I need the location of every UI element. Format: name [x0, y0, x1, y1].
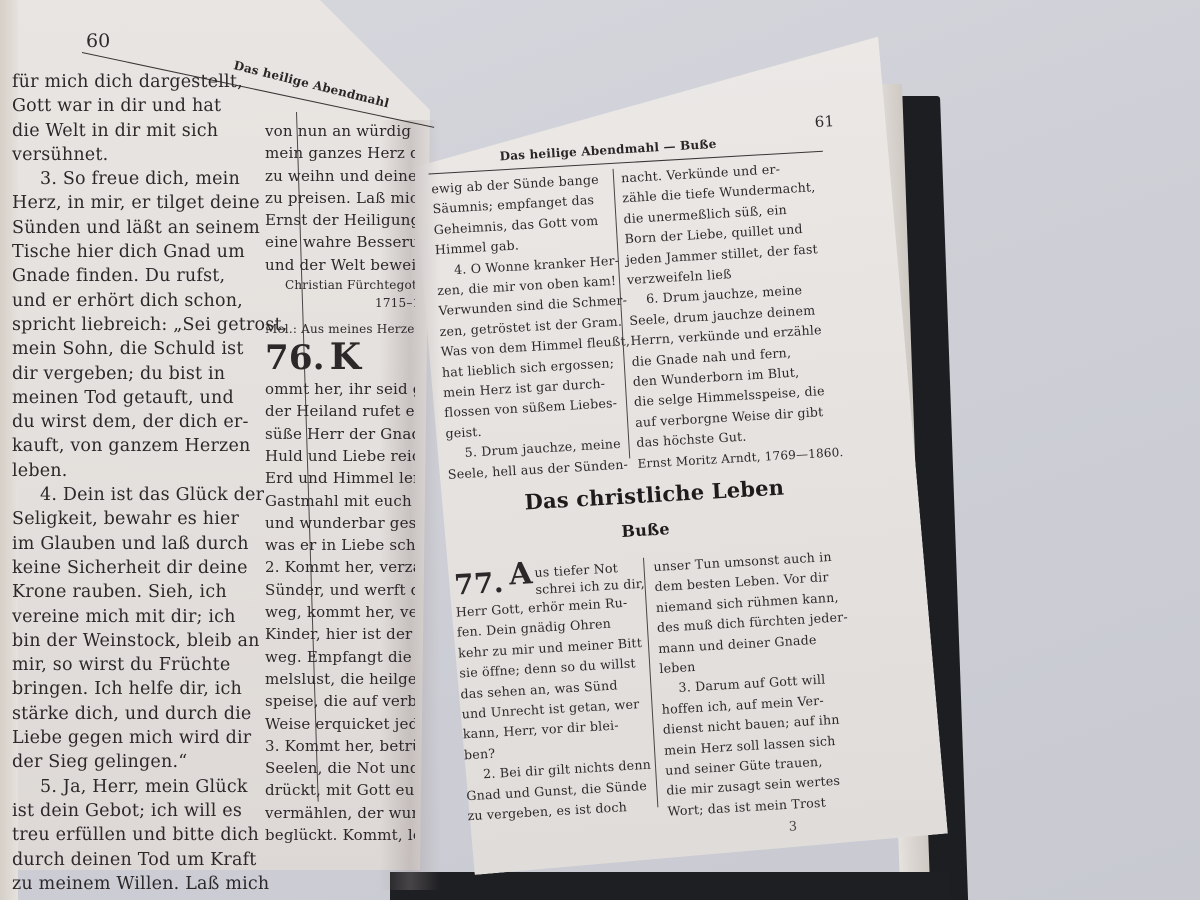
text-line: von nun an würdig — [265, 120, 415, 142]
photo-scene: 60 Das heilige Abendmahl für mich dich d… — [0, 0, 1200, 900]
text-line: stärke dich, und durch die — [12, 702, 307, 726]
text-line: Gastmahl mit euch halten — [265, 490, 415, 512]
text-line: eine wahre Besserung — [265, 231, 415, 253]
text-line: spricht liebreich: „Sei getrost, — [12, 313, 307, 337]
section-title: Das christliche Leben — [524, 475, 785, 515]
text-line: leben. — [12, 459, 307, 483]
text-line: ommt her, ihr seid geladen, — [265, 378, 415, 400]
text-line: vermählen, der wunderbar — [265, 802, 415, 824]
hymn-number: 76. — [265, 338, 325, 378]
text-line: weg, kommt her, versöhnte — [265, 601, 415, 623]
text-line: zu preisen. Laß mich — [265, 187, 415, 209]
text-line: für mich dich dargestellt, — [12, 70, 307, 94]
left-page-column-2: von nun an würdigmein ganzes Herz dirzu … — [265, 120, 415, 846]
hymn-author-dates: 1715–1769 — [265, 294, 415, 312]
text-line: beglückt. Kommt, legt — [265, 824, 415, 846]
text-line: keine Sicherheit dir deine — [12, 556, 307, 580]
right-page-column-d: unser Tun umsonst auch indem besten Lebe… — [653, 545, 873, 822]
text-line: melslust, die heilge Gottes- — [265, 668, 415, 690]
right-page-content: 61 Das heilige Abendmahl — Buße ewig ab … — [418, 105, 890, 869]
text-line: speise, die auf verborgne — [265, 690, 415, 712]
text-line: im Glauben und laß durch — [12, 532, 307, 556]
text-line: mein Sohn, die Schuld ist — [12, 337, 307, 361]
hymn-dropcap: A — [509, 564, 534, 586]
text-line: drückt, mit Gott euch zu — [265, 779, 415, 801]
text-line: Gnade finden. Du rufst, — [12, 264, 307, 288]
text-line: versühnet. — [12, 143, 307, 167]
right-page-column-b: nacht. Verkünde und er-zähle die tiefe W… — [621, 157, 843, 474]
text-line: der Heiland rufet euch; — [265, 400, 415, 422]
text-line: treu erfüllen und bitte dich — [12, 823, 307, 847]
text-line: Weise erquicket jede Brust. — [265, 713, 415, 735]
text-line: Kinder, hier ist der Lebens- — [265, 623, 415, 645]
text-line: 3. So freue dich, mein — [12, 167, 307, 191]
text-line: weg. Empfangt die Him- — [265, 646, 415, 668]
text-line: Liebe gegen mich wird dir — [12, 726, 307, 750]
text-line: 4. Dein ist das Glück der — [12, 483, 307, 507]
left-page-column-1: für mich dich dargestellt,Gott war in di… — [12, 70, 307, 896]
hymn-dropcap: K — [330, 336, 362, 378]
text-line: bin der Weinstock, bleib an — [12, 629, 307, 653]
text-line: die Welt in dir mit sich — [12, 119, 307, 143]
text-line: zu weihn und deinen — [265, 165, 415, 187]
text-line: Seelen, die Not und Jammer — [265, 757, 415, 779]
text-line: mein ganzes Herz dir — [265, 142, 415, 164]
text-line: zu meinem Willen. Laß mich — [12, 872, 307, 896]
text-line: Herz, in mir, er tilget deine — [12, 191, 307, 215]
text-line: der Sieg gelingen.“ — [12, 750, 307, 774]
text-line: 2. Kommt her, verzagte — [265, 556, 415, 578]
book-cover-bottom — [390, 872, 950, 900]
text-line: und er erhört dich schon, — [12, 289, 307, 313]
text-line: Tische hier dich Gnad um — [12, 240, 307, 264]
text-line: und der Welt beweisen. — [265, 254, 415, 276]
text-line: kauft, von ganzem Herzen — [12, 434, 307, 458]
text-line: vereine mich mit dir; ich — [12, 605, 307, 629]
text-line: Erd und Himmel lenkt, — [265, 467, 415, 489]
text-line: du wirst dem, der dich er- — [12, 410, 307, 434]
text-line: Seligkeit, bewahr es hier — [12, 507, 307, 531]
text-line: 3. Kommt her, betrübte — [265, 735, 415, 757]
text-line: mir, so wirst du Früchte — [12, 653, 307, 677]
page-number-left: 60 — [86, 30, 110, 52]
signature-mark: 3 — [788, 819, 797, 834]
subsection-title: Buße — [621, 519, 670, 541]
page-number-right: 61 — [814, 112, 835, 131]
text-line: Sünden und läßt an seinem — [12, 216, 307, 240]
text-line: durch deinen Tod um Kraft — [12, 848, 307, 872]
hymn-number: 77. — [453, 566, 504, 603]
text-line: und wunderbar gestalten, — [265, 512, 415, 534]
text-line: bringen. Ich helfe dir, ich — [12, 677, 307, 701]
melody-label: Mel.: — [265, 322, 297, 336]
text-line: ist dein Gebot; ich will es — [12, 799, 307, 823]
text-line: was er in Liebe schenkt. — [265, 534, 415, 556]
text-line: Gott war in dir und hat — [12, 94, 307, 118]
text-line: Huld und Liebe reich; — [265, 445, 415, 467]
right-page-column-a: ewig ab der Sünde bangeSäumnis; empfange… — [431, 169, 628, 485]
hymn-author: Christian Fürchtegott Gellert — [265, 276, 415, 294]
right-page-column-c: 77. A us tiefer Not schrei ich zu dir, H… — [453, 558, 658, 827]
text-line: 5. Ja, Herr, mein Glück — [12, 775, 307, 799]
melody-text: Aus meines Herzens Grunde — [301, 322, 415, 336]
text-line: Sünder, und werft die Angst — [265, 579, 415, 601]
text-line: Ernst der Heiligung — [265, 209, 415, 231]
text-line: süße Herr der Gnaden, — [265, 423, 415, 445]
text-line: dir vergeben; du bist in — [12, 362, 307, 386]
text-line: Krone rauben. Sieh, ich — [12, 580, 307, 604]
text-line: meinen Tod getauft, und — [12, 386, 307, 410]
